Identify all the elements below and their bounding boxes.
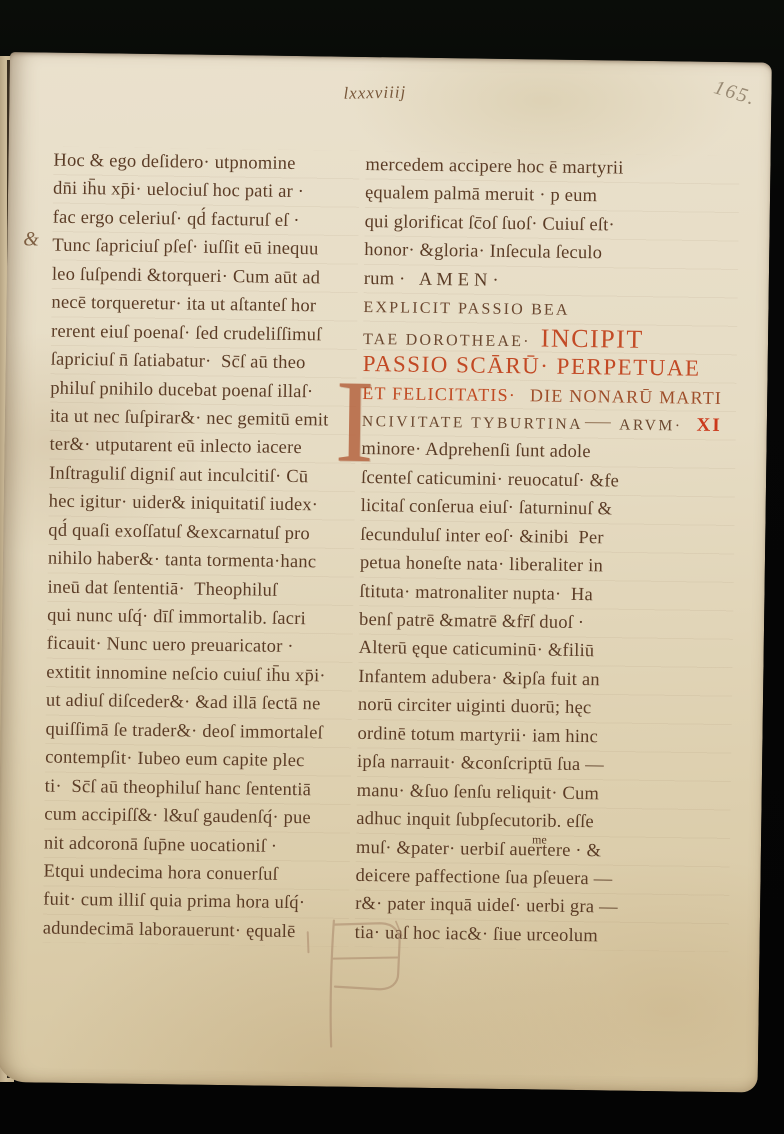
manuscript-photo: lxxxviiij 165. & Hoc & ego deſidero· utp… bbox=[0, 0, 784, 1134]
manuscript-page: lxxxviiij 165. & Hoc & ego deſidero· utp… bbox=[0, 52, 772, 1093]
text-line: Hoc & ego deſidero· utpnomine bbox=[53, 147, 359, 180]
text-line: contempſit· Iubeo eum capite plec bbox=[45, 744, 351, 777]
text-line: qd́ quaſi exoſſatuſ &excarnatuſ pro bbox=[48, 516, 354, 549]
quire-mark: lxxxviiij bbox=[343, 82, 406, 103]
text-line: hec igitur· uider& iniquitatiſ iudex· bbox=[49, 488, 355, 521]
text-line-with-correction: muſ· &pater· uerbiſ auertere · &me bbox=[356, 833, 730, 867]
rubric-title-line1: PASSIO SCĀRŪ· PERPETUAE bbox=[362, 350, 736, 384]
folio-number: 165. bbox=[711, 76, 759, 110]
interlinear-correction: me bbox=[532, 825, 547, 854]
text-line: Inſtraguliſ digniſ aut inculcitiſ· Cū bbox=[49, 459, 355, 492]
body-caps-text: NCIVITATE TYBURTINA bbox=[362, 413, 584, 433]
text-line: leo ſuſpendi &torqueri· Cum aūt ad bbox=[52, 260, 358, 293]
text-line: ineū dat ſententiā· Theophiluſ bbox=[47, 573, 353, 606]
title-text: PASSIO SCĀRŪ· PERPETUAE bbox=[363, 351, 701, 381]
initial-letter-i: I bbox=[334, 363, 375, 482]
title-text-rust: DIE NONARŪ MARTI bbox=[530, 385, 722, 408]
text-line: qui nunc uſq́· dīſ immortalib. ſacri bbox=[47, 602, 353, 635]
text-line: ita ut nec ſuſpirar&· nec gemitū emit bbox=[50, 403, 356, 436]
text-line: philuſ pnihilo ducebat poenaſ illaſ· bbox=[50, 374, 356, 407]
pen-filler-stroke bbox=[585, 421, 611, 423]
text-line: rerent eiuſ poenaſ· ſed crudeliſſimuſ bbox=[51, 317, 357, 350]
text-line: fac ergo celeriuſ· qd́ facturuſ eſ · bbox=[52, 203, 358, 236]
text-line: nit adcoronā ſup̄ne uocationiſ · bbox=[44, 829, 350, 862]
title-text: ET FELICITATIS· bbox=[362, 382, 516, 404]
text-line: necē torqueretur· ita ut aſtanteſ hor bbox=[51, 289, 357, 322]
incipit-text: INCIPIT bbox=[541, 323, 644, 353]
chapter-numeral: XI bbox=[696, 415, 721, 436]
text-line: ter&· utputarent eū inlecto iacere bbox=[49, 431, 355, 464]
text-line: quiſſimā ſe trader&· deoſ immortaleſ bbox=[45, 715, 351, 748]
explicit-text: TAE DOROTHEAE· bbox=[363, 331, 531, 350]
text-line: petua honeſte nata· liberaliter in bbox=[360, 549, 734, 583]
text-line: ut adiuſ diſceder&· &ad illā ſectā ne bbox=[46, 687, 352, 720]
text-line: cum accipiſſ&· l&uſ gaudenſq́· pue bbox=[44, 801, 350, 834]
text-line: Tunc ſapriciuſ pſeſ· iuſſit eū inequu bbox=[52, 232, 358, 265]
explicit-text: EXPLICIT PASSIO BEA bbox=[363, 299, 569, 319]
pen-doodle bbox=[296, 914, 428, 1066]
text-line: dn̄i ih̄u xp̄i· uelociuſ hoc pati ar · bbox=[53, 175, 359, 208]
text-line: nihilo haber&· tanta tormenta·hanc bbox=[48, 545, 354, 578]
text-line: ficauit· Nunc uero preuaricator · bbox=[47, 630, 353, 663]
text-line: extitit innomine neſcio cuiuſ ih̄u xp̄i· bbox=[46, 658, 352, 691]
text-line: muſ· &pater· uerbiſ auertere · & bbox=[356, 837, 602, 860]
text-line: Etqui undecima hora conuerſuſ bbox=[43, 857, 349, 890]
carryover-text: ARVM· bbox=[619, 416, 683, 434]
right-column: mercedem accipere hoc ē martyrii ęqualem… bbox=[355, 151, 740, 952]
left-column: Hoc & ego deſidero· utpnomine dn̄i ih̄u … bbox=[43, 147, 360, 947]
text-line: ti· Sc̄ſ aū theophiluſ hanc ſententiā bbox=[45, 772, 351, 805]
text-line: ſapriciuſ n̄ ſatiabatur· Sc̄ſ aū theo bbox=[51, 346, 357, 379]
paragraph-mark: & bbox=[23, 228, 39, 251]
